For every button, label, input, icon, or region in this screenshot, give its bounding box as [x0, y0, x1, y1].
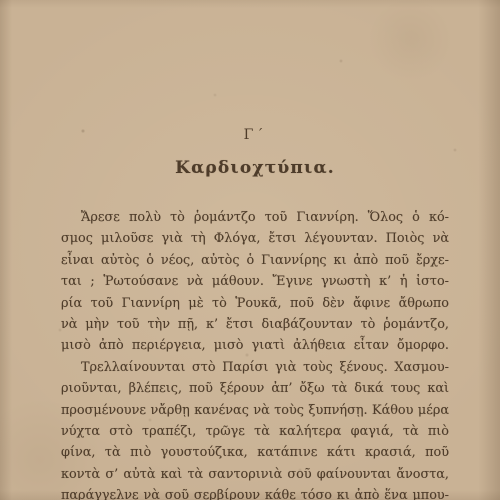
- text-line: νὰ μὴν τοῦ τὴν πῇ, κ’ ἔτσι διαβάζουνταν …: [61, 314, 449, 335]
- chapter-title: Καρδιοχτύπια.: [61, 158, 449, 178]
- text-line: Τρελλαίνουνται στὸ Παρίσι γιὰ τοὺς ξένου…: [61, 357, 449, 378]
- body-text-block: Ἄρεσε πολὺ τὸ ῥομάντζο τοῦ Γιαννίρη. Ὅλο…: [61, 207, 449, 500]
- section-numeral: Γ´: [61, 127, 449, 143]
- text-line: μισὸ ἀπὸ περιέργεια, μισὸ γιατὶ ἀλήθεια …: [61, 335, 449, 356]
- text-line: παράγγελνε νὰ σοῦ σερβίρουν κάθε τόσο κι…: [61, 485, 449, 500]
- text-line: προσμένουνε νἄρθῃ κανένας νὰ τοὺς ξυπνήσ…: [61, 400, 449, 421]
- scanned-book-page: Γ´ Καρδιοχτύπια. Ἄρεσε πολὺ τὸ ῥομάντζο …: [0, 0, 500, 500]
- text-line: ρία τοῦ Γιαννίρη μὲ τὸ Ῥουκᾶ, ποῦ δὲν ἄφ…: [61, 293, 449, 314]
- paragraph-2: Τρελλαίνουνται στὸ Παρίσι γιὰ τοὺς ξένου…: [61, 357, 449, 500]
- text-line: εἶναι αὐτὸς ὁ νέος, αὐτὸς ὁ Γιαννίρης κι…: [61, 250, 449, 271]
- text-line: φίνα, τὰ πιὸ γουστούζικα, κατάπινε κάτι …: [61, 442, 449, 463]
- text-line: ται ; Ῥωτούσανε νὰ μάθουν. Ἔγινε γνωστὴ …: [61, 271, 449, 292]
- text-line: ριοῦνται, βλέπεις, ποῦ ξέρουν ἀπ’ ὄξω τὰ…: [61, 378, 449, 399]
- text-line: νύχτα στὸ τραπέζι, τρῶγε τὰ καλήτερα φαγ…: [61, 421, 449, 442]
- text-line: Ἄρεσε πολὺ τὸ ῥομάντζο τοῦ Γιαννίρη. Ὅλο…: [61, 207, 449, 228]
- text-line: σμος μιλοῦσε γιὰ τὴ Φλόγα, ἔτσι λέγουντα…: [61, 228, 449, 249]
- paragraph-1: Ἄρεσε πολὺ τὸ ῥομάντζο τοῦ Γιαννίρη. Ὅλο…: [61, 207, 449, 357]
- text-line: κοντὰ σ’ αὐτὰ καὶ τὰ σαντορινιὰ σοῦ φαίν…: [61, 464, 449, 485]
